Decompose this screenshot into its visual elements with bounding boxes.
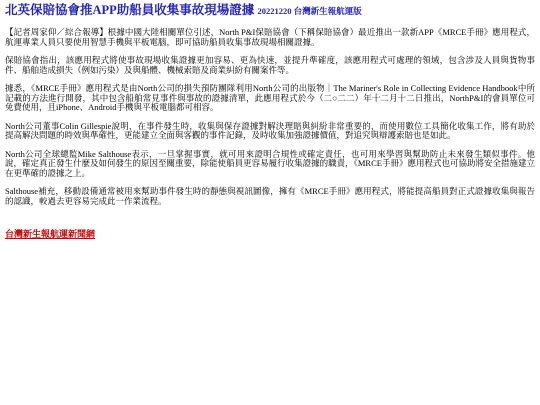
article-paragraph: 據悉，《MRCE手冊》應用程式是由North公司的損失預防團隊利用North公司… (5, 84, 535, 113)
article-body: 【記者周家仰／綜合報導】根據中國大陸相關單位引述，North P&I保賠協會（下… (5, 28, 535, 206)
article-title-text: 北英保賠協會推APP助船員收集事故現場證據 (5, 3, 254, 17)
source-site-link[interactable]: 台灣新生報航運新聞網 (5, 229, 95, 239)
article-paragraph: 【記者周家仰／綜合報導】根據中國大陸相關單位引述，North P&I保賠協會（下… (5, 28, 535, 47)
article-paragraph: North公司董事Colin Gillespie說明，在事件發生時，收集與保存證… (5, 122, 535, 141)
article-paragraph: Salthouse補充，移動設備通常被用來幫助事件發生時的靜態與視訊圖像，擁有《… (5, 187, 535, 206)
article-paragraph: North公司全球總監Mike Salthouse表示，一旦掌握事實，就可用來證… (5, 150, 535, 179)
article-footer: 台灣新生報航運新聞網 (5, 224, 535, 242)
article-title: 北英保賠協會推APP助船員收集事故現場證據 20221220 台灣新生報航運版 (5, 3, 535, 18)
article-page: 北英保賠協會推APP助船員收集事故現場證據 20221220 台灣新生報航運版 … (0, 0, 540, 242)
article-date-source: 20221220 台灣新生報航運版 (257, 6, 361, 16)
article-paragraph: 保賠協會指出，該應用程式將使事故現場收集證據更加容易、更為快速，並提升準確度，該… (5, 56, 535, 75)
